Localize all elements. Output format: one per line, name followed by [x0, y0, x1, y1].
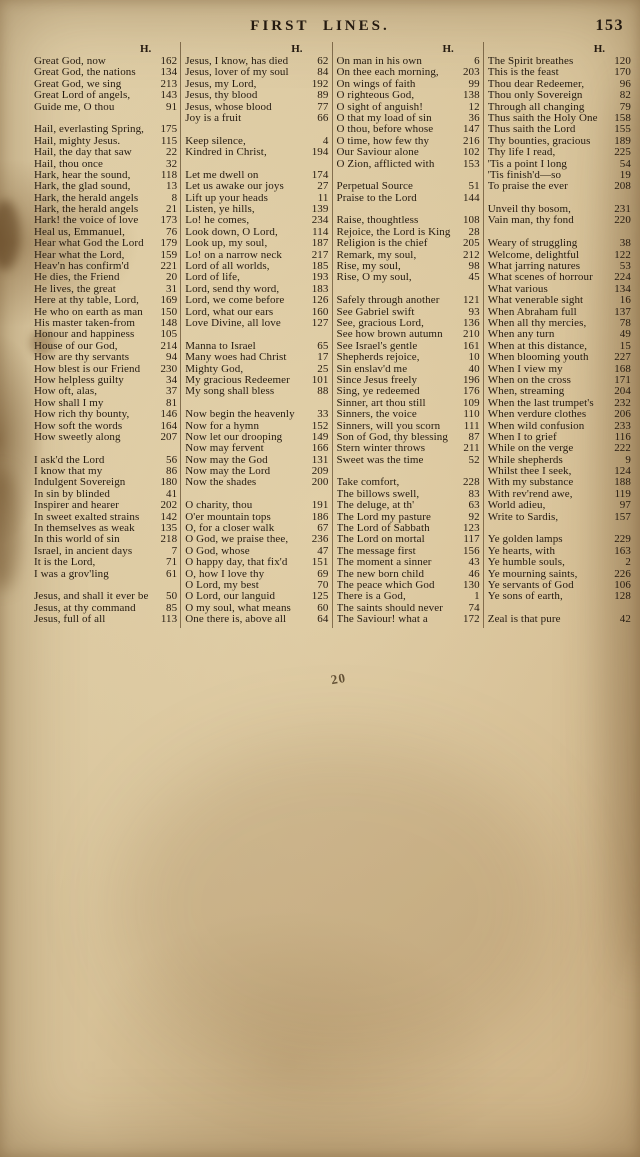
first-line-text: Great God, we sing [34, 79, 158, 90]
first-line-text: Jesus, my Lord, [185, 79, 309, 90]
hymn-number: 37 [166, 386, 177, 397]
index-row: Thus saith the Lord155 [488, 124, 631, 135]
first-line-text: Look down, O Lord, [185, 227, 310, 238]
first-line-text: Shepherds rejoice, [337, 352, 467, 363]
hymn-number: 157 [614, 512, 631, 523]
first-line-text: O God, whose [185, 546, 315, 557]
hymn-number: 33 [317, 409, 328, 420]
first-line-text: Vain man, thy fond [488, 215, 612, 226]
index-row: Indulgent Sovereign180 [34, 477, 177, 488]
index-row: Lo! he comes,234 [185, 215, 328, 226]
first-line-text: When any turn [488, 329, 618, 340]
first-line-text: Let us awake our joys [185, 181, 315, 192]
index-row: O thou, before whose147 [337, 124, 480, 135]
first-line-text: 'Tis finish'd—so [488, 170, 618, 181]
hymn-number: 207 [160, 432, 177, 443]
index-row: In themselves as weak135 [34, 523, 177, 534]
index-row: I know that my86 [34, 466, 177, 477]
index-row: Whilst thee I seek,124 [488, 466, 631, 477]
index-row: Perpetual Source51 [337, 181, 480, 192]
first-line-text: The Lord my pasture [337, 512, 467, 523]
first-line-text: Guide me, O thou [34, 102, 164, 113]
index-row: Write to Sardis,157 [488, 512, 631, 523]
index-row: Hark! the voice of love173 [34, 215, 177, 226]
first-line-text: In sweet exalted strains [34, 512, 158, 523]
first-line-text: See Israel's gentle [337, 341, 461, 352]
index-row: Hail, everlasting Spring,175 [34, 124, 177, 135]
first-line-text: Jesus, thy blood [185, 90, 315, 101]
index-row: Manna to Israel65 [185, 341, 328, 352]
hymn-number: 89 [317, 90, 328, 101]
first-line-text: Kindred in Christ, [185, 147, 309, 158]
hymn-number: 66 [317, 113, 328, 124]
first-line-text: Sinner, art thou still [337, 398, 461, 409]
first-line-text: Ye mourning saints, [488, 569, 612, 580]
index-row: Now may the God131 [185, 455, 328, 466]
index-columns: H.Great God, now162Great God, the nation… [30, 42, 634, 628]
index-row: The new born child46 [337, 569, 480, 580]
index-row: When Abraham full137 [488, 307, 631, 318]
first-line-text: Thy life I read, [488, 147, 612, 158]
first-line-text: O Zion, afflicted with [337, 159, 461, 170]
page-number: 153 [596, 17, 625, 35]
index-row: Through all changing79 [488, 102, 631, 113]
index-column: H.The Spirit breathes120This is the feas… [483, 42, 634, 628]
first-line-text: What jarring natures [488, 261, 618, 272]
hymn-number: 51 [469, 181, 480, 192]
index-row: Thus saith the Holy One158 [488, 113, 631, 124]
hymn-number: 2 [625, 557, 631, 568]
first-line-text: World adieu, [488, 500, 618, 511]
hymn-number: 200 [312, 477, 329, 488]
column-gap [488, 523, 631, 534]
hymn-number: 225 [614, 147, 631, 158]
index-row: Let us awake our joys27 [185, 181, 328, 192]
first-line-text: Now may fervent [185, 443, 309, 454]
index-row: Lord, we come before126 [185, 295, 328, 306]
first-line-text: Hark, the herald angels [34, 204, 164, 215]
index-row: He dies, the Friend20 [34, 272, 177, 283]
stain [120, 740, 560, 1070]
index-row: House of our God,214 [34, 341, 177, 352]
first-line-text: When at this distance, [488, 341, 618, 352]
first-line-text: He lives, the great [34, 284, 164, 295]
index-row: What venerable sight16 [488, 295, 631, 306]
first-line-text: There is a God, [337, 591, 473, 602]
hymn-number: 166 [312, 443, 329, 454]
index-row: Raise, thoughtless108 [337, 215, 480, 226]
first-line-text: What venerable sight [488, 295, 618, 306]
index-row: Great Lord of angels,143 [34, 90, 177, 101]
first-line-text: Lord of life, [185, 272, 309, 283]
stain [0, 200, 20, 270]
first-line-text: Hark, hear the sound, [34, 170, 159, 181]
hymn-number: 220 [614, 215, 631, 226]
hymn-number: 27 [317, 181, 328, 192]
index-row: Lo! on a narrow neck217 [185, 250, 328, 261]
index-row: Thou only Sovereign82 [488, 90, 631, 101]
index-row: The billows swell,83 [337, 489, 480, 500]
first-line-text: See how brown autumn [337, 329, 461, 340]
first-line-text: House of our God, [34, 341, 158, 352]
index-row: Let me dwell on174 [185, 170, 328, 181]
hymn-number: 202 [160, 500, 177, 511]
index-row: While shepherds9 [488, 455, 631, 466]
column-gap [185, 398, 328, 409]
index-row: He lives, the great31 [34, 284, 177, 295]
first-line-text: Lord, we come before [185, 295, 309, 306]
index-row: Sin enslav'd me40 [337, 364, 480, 375]
column-header: H. [337, 42, 480, 56]
first-line-text: How shall I my [34, 398, 164, 409]
first-line-text: When the last trumpet's [488, 398, 612, 409]
first-line-text: The saints should never [337, 603, 467, 614]
first-line-text: How blest is our Friend [34, 364, 158, 375]
hymn-number: 71 [166, 557, 177, 568]
first-line-text: While shepherds [488, 455, 624, 466]
index-row: Hark, the herald angels21 [34, 204, 177, 215]
first-line-text: See, gracious Lord, [337, 318, 461, 329]
first-line-text: O Lord, my best [185, 580, 315, 591]
index-row: Ye hearts, with163 [488, 546, 631, 557]
index-row: What scenes of horrour224 [488, 272, 631, 283]
first-line-text: My song shall bless [185, 386, 315, 397]
first-line-text: Stern winter throws [337, 443, 462, 454]
index-row: Jesus, at thy command85 [34, 603, 177, 614]
first-line-text: On man in his own [337, 56, 473, 67]
index-row: Look down, O Lord,114 [185, 227, 328, 238]
first-line-text: Now may the God [185, 455, 309, 466]
first-line-text: Israel, in ancient days [34, 546, 170, 557]
first-line-text: Our Saviour alone [337, 147, 461, 158]
index-row: Sinner, art thou still109 [337, 398, 480, 409]
first-line-text: Hail, the day that saw [34, 147, 164, 158]
hymn-number: 42 [620, 614, 631, 625]
index-row: Jesus, lover of my soul84 [185, 67, 328, 78]
first-line-text: Safely through another [337, 295, 461, 306]
index-row: The Lord of Sabbath123 [337, 523, 480, 534]
index-row: Hail, thou once32 [34, 159, 177, 170]
index-row: Heav'n has confirm'd221 [34, 261, 177, 272]
index-row: It is the Lord,71 [34, 557, 177, 568]
index-row: Hear what the Lord,159 [34, 250, 177, 261]
column-gap [488, 193, 631, 204]
index-row: Jesus, whose blood77 [185, 102, 328, 113]
column-gap [34, 443, 177, 454]
index-row: Now for a hymn152 [185, 421, 328, 432]
first-line-text: How sweetly along [34, 432, 158, 443]
first-line-text: Hark! the voice of love [34, 215, 158, 226]
first-line-text: He who on earth as man [34, 307, 158, 318]
column-gap [337, 284, 480, 295]
index-row: Zeal is that pure42 [488, 614, 631, 625]
first-line-text: Look up, my soul, [185, 238, 309, 249]
index-row: Hark, the herald angels8 [34, 193, 177, 204]
first-line-text: The deluge, at th' [337, 500, 467, 511]
hymn-number: 64 [317, 614, 328, 625]
column-gap [337, 466, 480, 477]
index-row: Sweet was the time52 [337, 455, 480, 466]
index-row: O Zion, afflicted with153 [337, 159, 480, 170]
column-gap [185, 329, 328, 340]
first-line-text: Honour and happiness [34, 329, 158, 340]
hymn-number: 10 [469, 352, 480, 363]
hymn-number: 17 [317, 352, 328, 363]
index-row: Now let our drooping149 [185, 432, 328, 443]
index-row: Religion is the chief205 [337, 238, 480, 249]
first-line-text: How soft the words [34, 421, 158, 432]
hymn-number: 144 [463, 193, 480, 204]
first-line-text: Keep silence, [185, 136, 321, 147]
hymn-number: 222 [614, 443, 631, 454]
index-row: O'er mountain tops186 [185, 512, 328, 523]
first-line-text: Sinners, will you scorn [337, 421, 462, 432]
first-line-text: Thus saith the Lord [488, 124, 612, 135]
index-row: Rejoice, the Lord is King28 [337, 227, 480, 238]
index-row: Welcome, delightful122 [488, 250, 631, 261]
index-row: The peace which God130 [337, 580, 480, 591]
first-line-text: Religion is the chief [337, 238, 461, 249]
first-line-text: Now begin the heavenly [185, 409, 315, 420]
index-row: World adieu,97 [488, 500, 631, 511]
first-line-text: When, streaming [488, 386, 612, 397]
index-row: Safely through another121 [337, 295, 480, 306]
index-row: Lord of life,193 [185, 272, 328, 283]
first-line-text: Jesus, full of all [34, 614, 159, 625]
first-line-text: O God, we praise thee, [185, 534, 309, 545]
index-row: What various134 [488, 284, 631, 295]
first-line-text: Perpetual Source [337, 181, 467, 192]
index-row: This is the feast170 [488, 67, 631, 78]
hymn-number: 52 [469, 455, 480, 466]
first-line-text: Lo! he comes, [185, 215, 309, 226]
index-row: How oft, alas,37 [34, 386, 177, 397]
hymn-number: 211 [463, 443, 479, 454]
index-row: Jesus, I know, has died62 [185, 56, 328, 67]
first-line-text: Jesus, and shall it ever be [34, 591, 164, 602]
first-line-text: O happy day, that fix'd [185, 557, 309, 568]
hymn-number: 45 [469, 272, 480, 283]
hymn-number: 126 [312, 295, 329, 306]
index-row: When all thy mercies,78 [488, 318, 631, 329]
index-row: The message first156 [337, 546, 480, 557]
first-line-text: Hail, thou once [34, 159, 164, 170]
index-row: Now may the Lord209 [185, 466, 328, 477]
index-row: Ye golden lamps229 [488, 534, 631, 545]
hymn-number: 94 [166, 352, 177, 363]
first-line-text: Sinners, the voice [337, 409, 462, 420]
index-row: Sinners, will you scorn111 [337, 421, 480, 432]
index-row: Great God, the nations134 [34, 67, 177, 78]
index-row: When on the cross171 [488, 375, 631, 386]
first-line-text: Indulgent Sovereign [34, 477, 158, 488]
hymn-number: 187 [312, 238, 329, 249]
index-row: Remark, my soul,212 [337, 250, 480, 261]
first-line-text: Mighty God, [185, 364, 315, 375]
hymn-number: 138 [463, 90, 480, 101]
first-line-text: O righteous God, [337, 90, 461, 101]
index-row: O sight of anguish!12 [337, 102, 480, 113]
index-row: I ask'd the Lord56 [34, 455, 177, 466]
first-line-text: The moment a sinner [337, 557, 467, 568]
first-line-text: How rich thy bounty, [34, 409, 158, 420]
first-line-text: In sin by blinded [34, 489, 164, 500]
hymn-number: 38 [620, 238, 631, 249]
index-row: Joy is a fruit66 [185, 113, 328, 124]
first-line-text: On wings of faith [337, 79, 467, 90]
first-line-text: O thou, before whose [337, 124, 461, 135]
index-row: O Lord, my best70 [185, 580, 328, 591]
first-line-text: What various [488, 284, 612, 295]
index-row: O that my load of sin36 [337, 113, 480, 124]
index-row: Son of God, thy blessing87 [337, 432, 480, 443]
index-row: Hark, the glad sound,13 [34, 181, 177, 192]
index-row: In this world of sin218 [34, 534, 177, 545]
first-line-text: In this world of sin [34, 534, 158, 545]
index-row: The Spirit breathes120 [488, 56, 631, 67]
first-line-text: O my soul, what means [185, 603, 315, 614]
first-line-text: Hear what the Lord, [34, 250, 158, 261]
first-line-text: The billows swell, [337, 489, 467, 500]
hymn-number: 176 [463, 386, 480, 397]
index-row: When any turn49 [488, 329, 631, 340]
hymn-number: 179 [160, 238, 177, 249]
index-row: Hark, hear the sound,118 [34, 170, 177, 181]
first-line-text: O, for a closer walk [185, 523, 315, 534]
index-row: Rise, my soul,98 [337, 261, 480, 272]
index-row: Ye servants of God106 [488, 580, 631, 591]
hymn-number: 16 [620, 295, 631, 306]
first-line-text: Lift up your heads [185, 193, 315, 204]
first-line-text: Remark, my soul, [337, 250, 461, 261]
first-line-text: His master taken-from [34, 318, 158, 329]
first-line-text: The Lord on mortal [337, 534, 462, 545]
index-row: The deluge, at th'63 [337, 500, 480, 511]
first-line-text: Rejoice, the Lord is King [337, 227, 467, 238]
index-row: Shepherds rejoice,10 [337, 352, 480, 363]
first-line-text: To praise the ever [488, 181, 612, 192]
first-line-text: When verdure clothes [488, 409, 612, 420]
index-row: How soft the words164 [34, 421, 177, 432]
index-row: How shall I my81 [34, 398, 177, 409]
index-row: Sing, ye redeemed176 [337, 386, 480, 397]
hymn-number: 206 [614, 409, 631, 420]
hymn-number: 128 [614, 591, 631, 602]
hymn-number: 169 [160, 295, 177, 306]
first-line-text: Sin enslav'd me [337, 364, 467, 375]
index-row: Rise, O my soul,45 [337, 272, 480, 283]
first-line-text: The Lord of Sabbath [337, 523, 461, 534]
first-line-text: Son of God, thy blessing [337, 432, 467, 443]
index-row: Here at thy table, Lord,169 [34, 295, 177, 306]
first-line-text: Lo! on a narrow neck [185, 250, 309, 261]
first-line-text: Unveil thy bosom, [488, 204, 612, 215]
first-line-text: Now let our drooping [185, 432, 309, 443]
index-row: When blooming youth227 [488, 352, 631, 363]
index-row: O time, how few thy216 [337, 136, 480, 147]
hymn-number: 208 [614, 181, 631, 192]
index-row: Many woes had Christ17 [185, 352, 328, 363]
index-row: Keep silence,4 [185, 136, 328, 147]
first-line-text: Hail, mighty Jesus. [34, 136, 159, 147]
first-line-text: My gracious Redeemer [185, 375, 309, 386]
first-line-text: While on the verge [488, 443, 612, 454]
index-row: How are thy servants94 [34, 352, 177, 363]
first-line-text: With my substance [488, 477, 612, 488]
index-row: Lift up your heads11 [185, 193, 328, 204]
hymn-number: 146 [160, 409, 177, 420]
first-line-text: Here at thy table, Lord, [34, 295, 158, 306]
index-row: To praise the ever208 [488, 181, 631, 192]
first-line-text: I ask'd the Lord [34, 455, 164, 466]
first-line-text: Thy bounties, gracious [488, 136, 612, 147]
first-line-text: Sing, ye redeemed [337, 386, 461, 397]
index-row: Guide me, O thou91 [34, 102, 177, 113]
first-line-text: Great Lord of angels, [34, 90, 158, 101]
index-row: My gracious Redeemer101 [185, 375, 328, 386]
index-row: Listen, ye hills,139 [185, 204, 328, 215]
index-row: Ye mourning saints,226 [488, 569, 631, 580]
first-line-text: Now may the Lord [185, 466, 309, 477]
index-row: One there is, above all64 [185, 614, 328, 625]
index-row: Israel, in ancient days7 [34, 546, 177, 557]
index-row: See Gabriel swift93 [337, 307, 480, 318]
column-header: H. [34, 42, 177, 56]
first-line-text: He dies, the Friend [34, 272, 164, 283]
first-line-text: One there is, above all [185, 614, 315, 625]
hymn-number: 88 [317, 386, 328, 397]
first-line-text: Rise, O my soul, [337, 272, 467, 283]
first-line-text: When all thy mercies, [488, 318, 618, 329]
index-row: Hail, the day that saw22 [34, 147, 177, 158]
column-gap [337, 170, 480, 181]
index-row: With my substance188 [488, 477, 631, 488]
first-line-text: On thee each morning, [337, 67, 461, 78]
index-column: H.Jesus, I know, has died62Jesus, lover … [180, 42, 331, 628]
index-row: 'Tis finish'd—so19 [488, 170, 631, 181]
first-line-text: Rise, my soul, [337, 261, 467, 272]
hymn-number: 43 [469, 557, 480, 568]
first-line-text: Lord, what our ears [185, 307, 309, 318]
first-line-text: How oft, alas, [34, 386, 164, 397]
first-line-text: When wild confusion [488, 421, 612, 432]
index-row: Vain man, thy fond220 [488, 215, 631, 226]
first-line-text: 'Tis a point I long [488, 159, 618, 170]
index-row: How helpless guilty34 [34, 375, 177, 386]
first-line-text: The message first [337, 546, 461, 557]
index-row: Unveil thy bosom,231 [488, 204, 631, 215]
first-line-text: Write to Sardis, [488, 512, 612, 523]
column-gap [185, 489, 328, 500]
index-row: On thee each morning,203 [337, 67, 480, 78]
hymn-number: 191 [312, 500, 329, 511]
hymn-number: 205 [463, 238, 480, 249]
index-row: Lord, what our ears160 [185, 307, 328, 318]
hymn-number: 91 [166, 102, 177, 113]
first-line-text: Joy is a fruit [185, 113, 315, 124]
index-row: Great God, now162 [34, 56, 177, 67]
index-row: O charity, thou191 [185, 500, 328, 511]
first-line-text: Ye servants of God [488, 580, 612, 591]
first-line-text: Ye golden lamps [488, 534, 612, 545]
index-row: While on the verge222 [488, 443, 631, 454]
hymn-number: 204 [614, 386, 631, 397]
index-row: Now the shades200 [185, 477, 328, 488]
first-line-text: When on the cross [488, 375, 612, 386]
first-line-text: When I to grief [488, 432, 613, 443]
first-line-text: Jesus, whose blood [185, 102, 315, 113]
first-line-text: Take comfort, [337, 477, 461, 488]
